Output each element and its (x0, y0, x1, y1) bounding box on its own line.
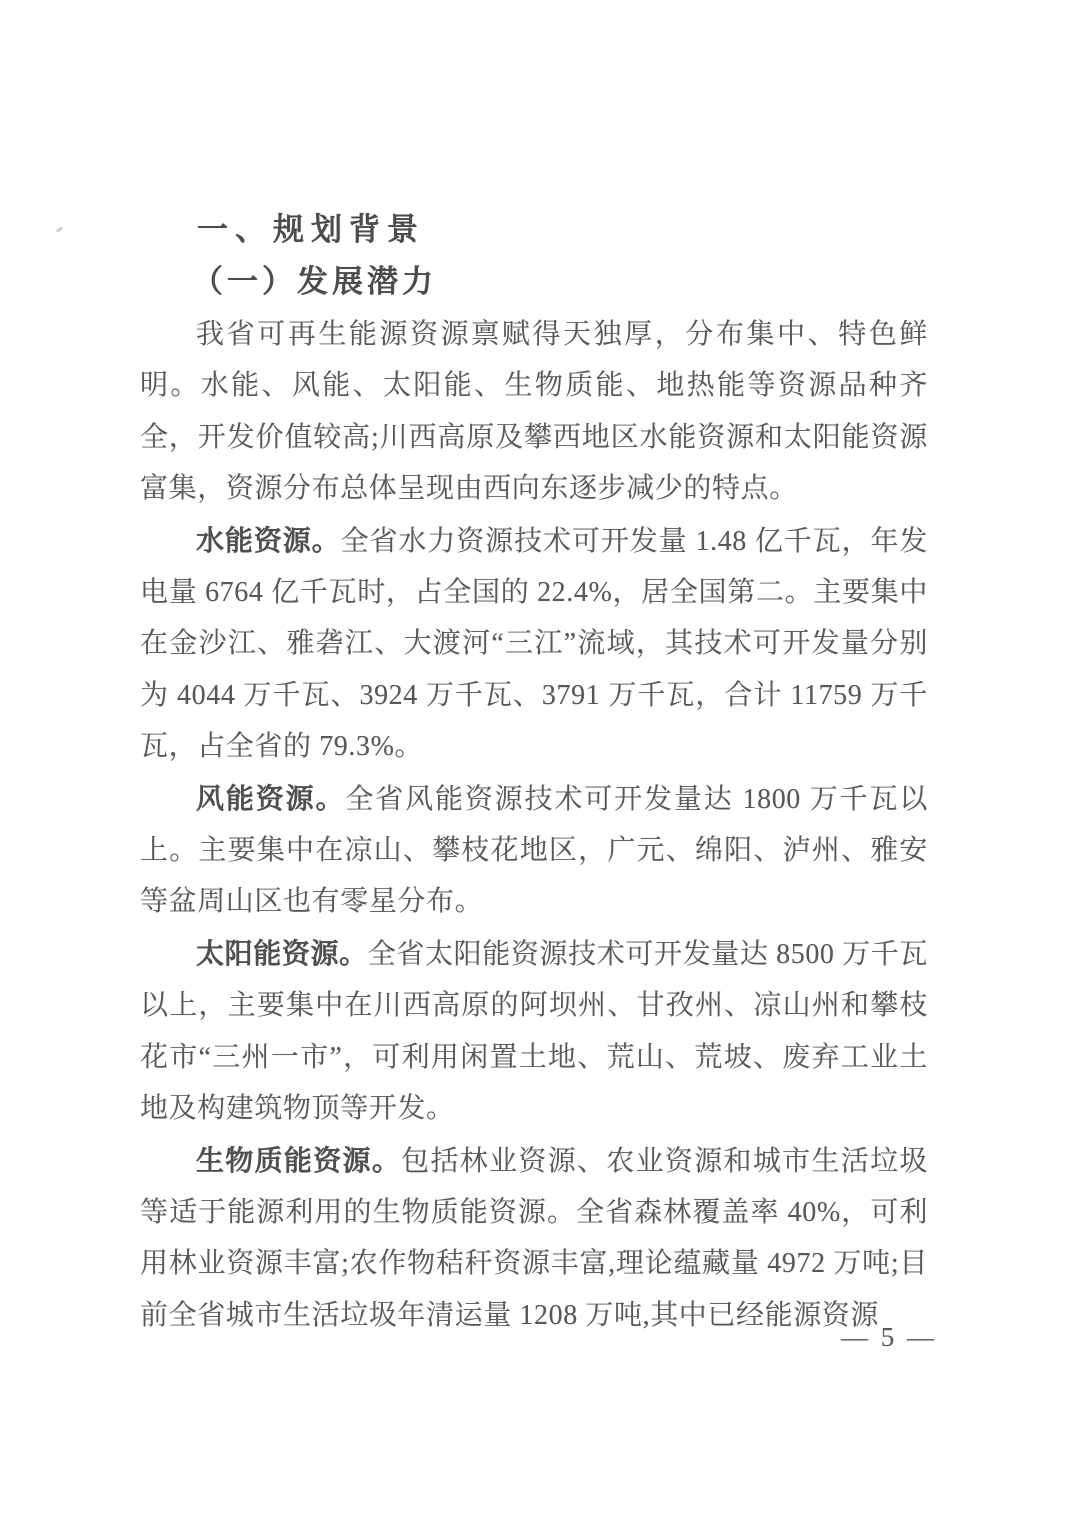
paragraph-lead: 太阳能资源。 (196, 938, 368, 969)
paragraph-lead: 生物质能资源。 (196, 1145, 401, 1176)
paragraph-wind: 风能资源。全省风能资源技术可开发量达 1800 万千瓦以上。主要集中在凉山、攀枝… (140, 773, 928, 928)
section-heading: 一、规划背景 (197, 204, 928, 256)
document-page: 一、规划背景 （一）发展潜力 我省可再生能源资源禀赋得天独厚，分布集中、特色鲜明… (0, 0, 1080, 1527)
scan-speck-artifact (56, 226, 63, 232)
paragraph-solar: 太阳能资源。全省太阳能资源技术可开发量达 8500 万千瓦以上，主要集中在川西高… (140, 928, 928, 1135)
paragraph-overview: 我省可再生能源资源禀赋得天独厚，分布集中、特色鲜明。水能、风能、太阳能、生物质能… (140, 308, 928, 515)
paragraph-biomass: 生物质能资源。包括林业资源、农业资源和城市生活垃圾等适于能源利用的生物质能资源。… (140, 1135, 928, 1342)
paragraph-text: 全省水力资源技术可开发量 1.48 亿千瓦，年发电量 6764 亿千瓦时，占全国… (140, 526, 928, 763)
subsection-heading: （一）发展潜力 (192, 256, 928, 308)
document-content: 一、规划背景 （一）发展潜力 我省可再生能源资源禀赋得天独厚，分布集中、特色鲜明… (140, 204, 928, 1341)
paragraph-lead: 风能资源。 (196, 783, 345, 814)
paragraph-text: 我省可再生能源资源禀赋得天独厚，分布集中、特色鲜明。水能、风能、太阳能、生物质能… (140, 319, 928, 504)
paragraph-lead: 水能资源。 (196, 525, 341, 556)
page-number: — 5 — (841, 1322, 937, 1353)
paragraph-hydro: 水能资源。全省水力资源技术可开发量 1.48 亿千瓦，年发电量 6764 亿千瓦… (140, 515, 928, 773)
